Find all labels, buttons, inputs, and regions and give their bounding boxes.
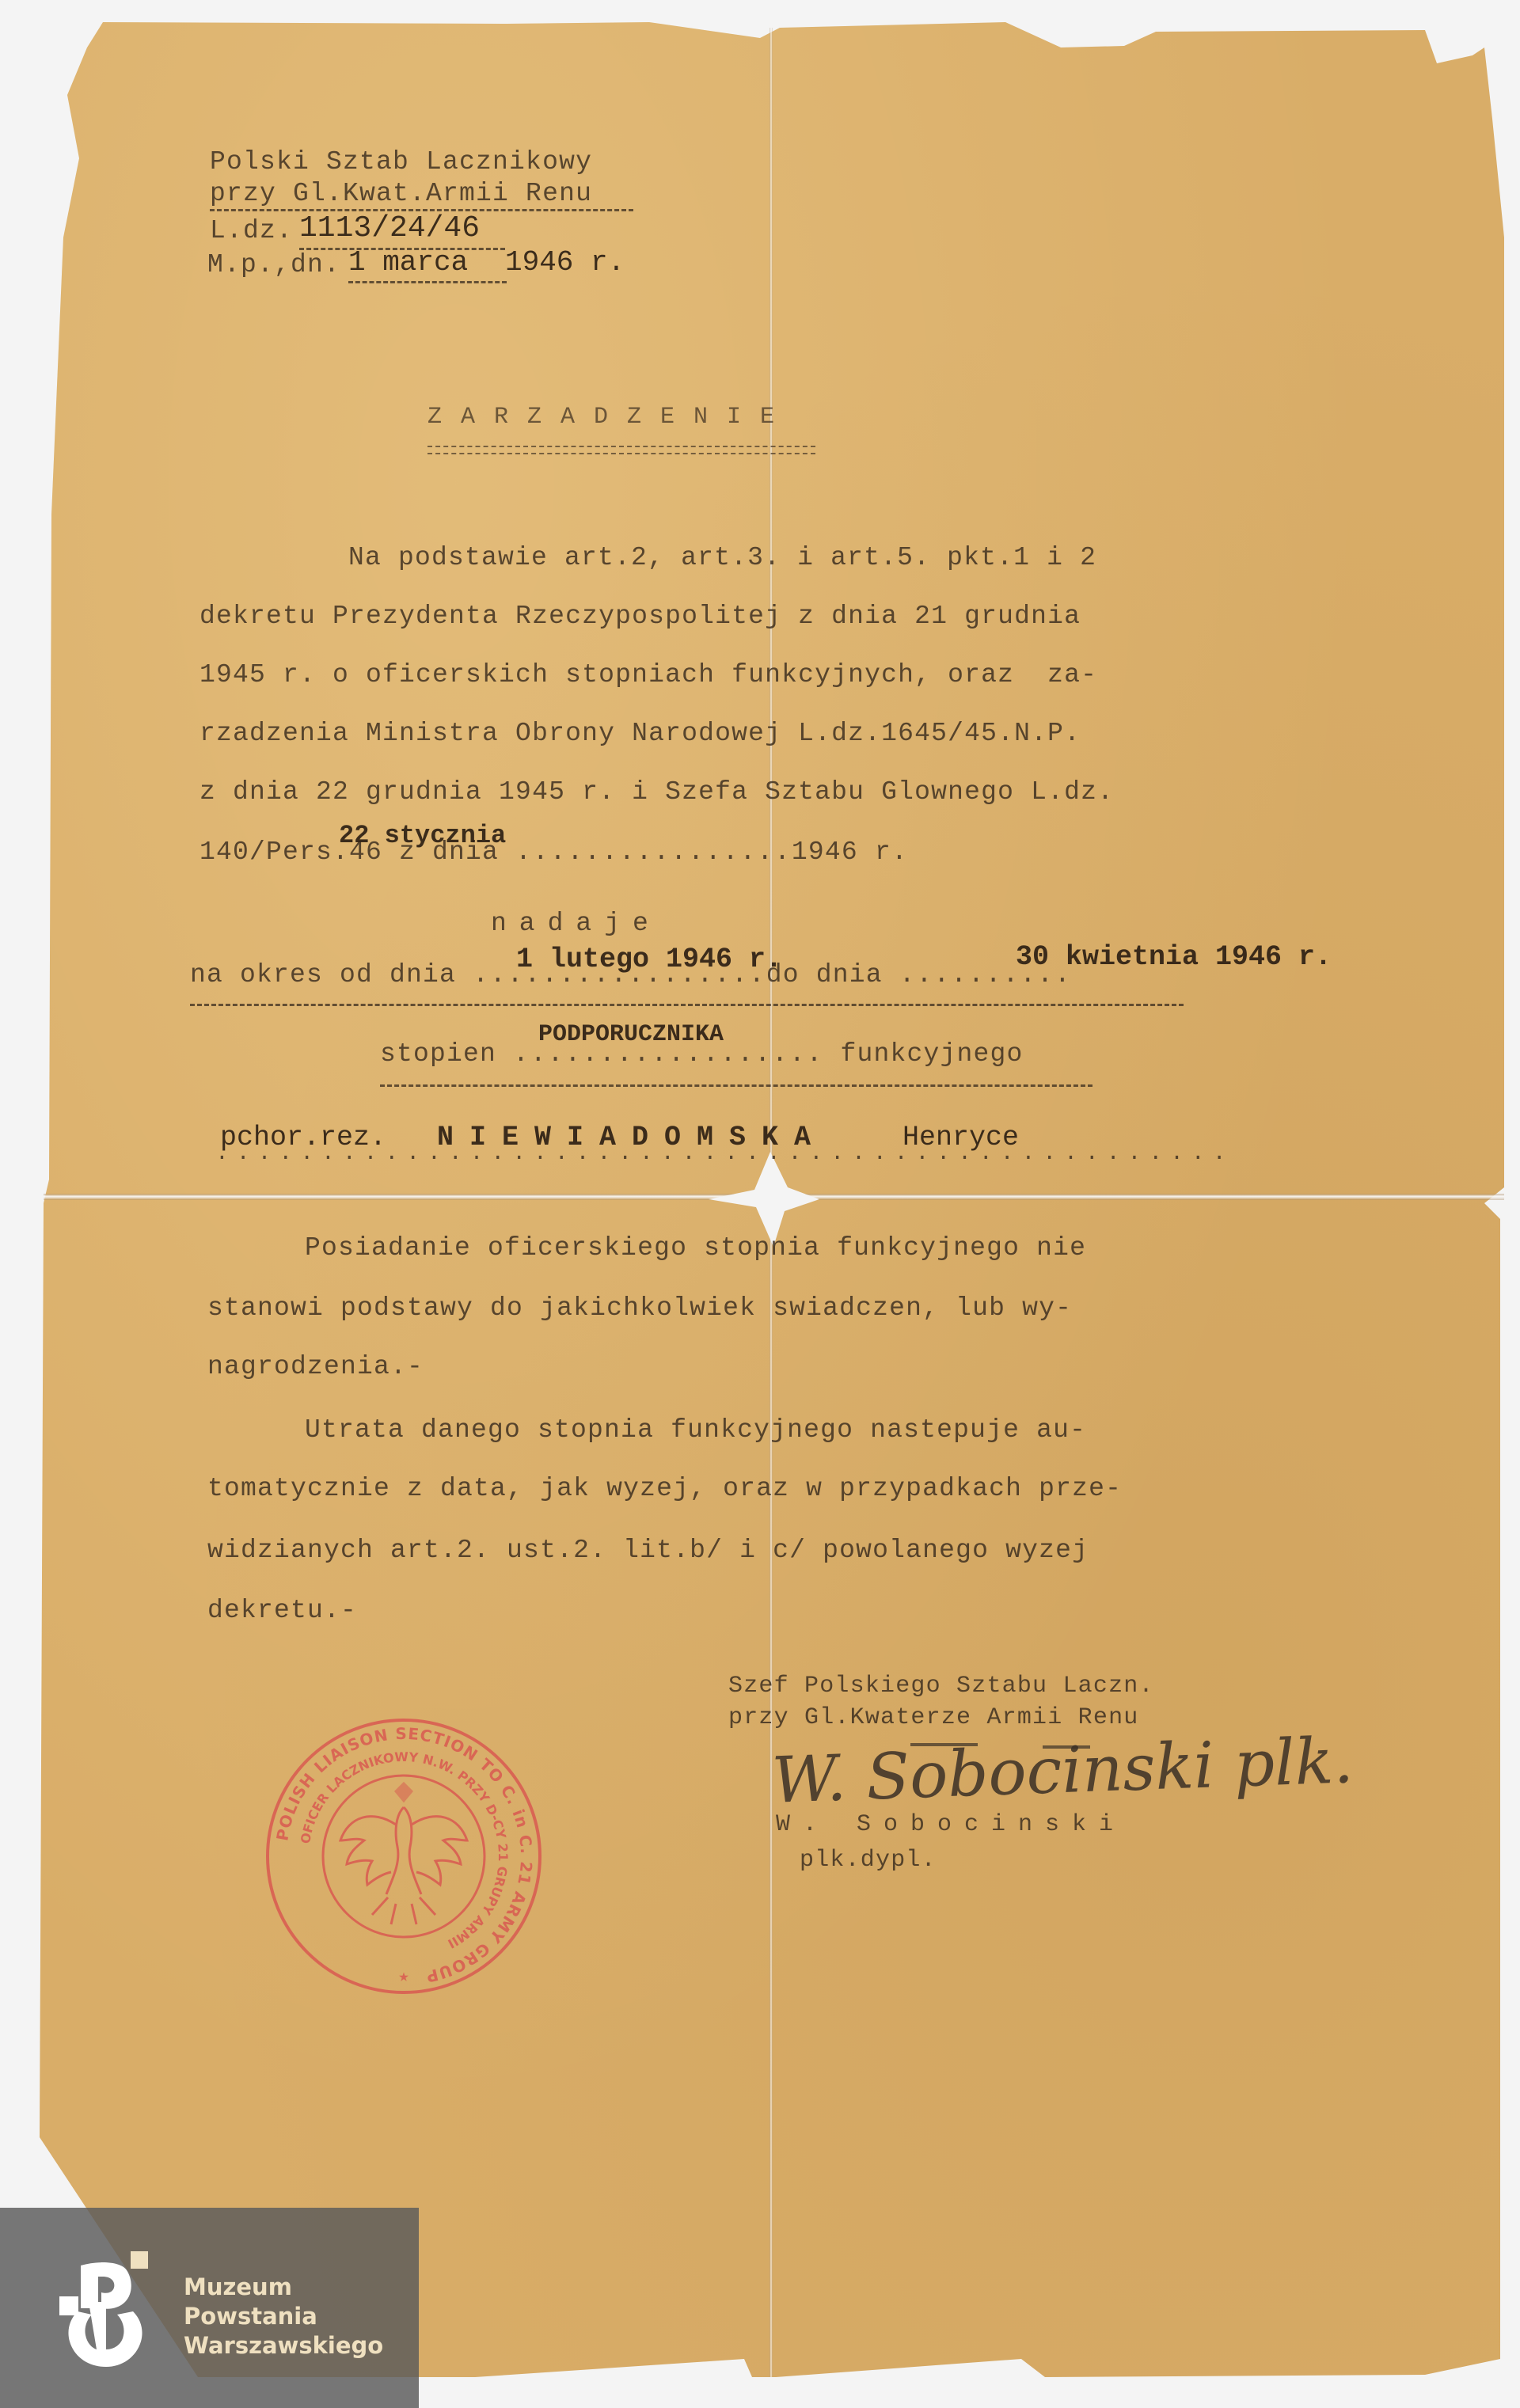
paragraph-1-line-1: Na podstawie art.2, art.3. i art.5. pkt.… [348,545,1096,571]
rank-value: PODPORUCZNIKA [538,1023,724,1046]
signatory-title-2: przy Gl.Kwaterze Armii Renu [728,1706,1138,1730]
period-underline [190,1004,1184,1006]
signatory-rank: plk.dypl. [800,1848,937,1872]
date-day-month: 1 marca [348,249,468,277]
date-underline [348,281,507,283]
place-date-label: M.p.,dn. [207,252,340,278]
signatory-name: W. Sobocinski [776,1813,1126,1836]
date-year: 1946 r. [505,249,625,277]
stamp-star-icon: ★ [398,1967,408,1987]
paragraph-3-line-1: Utrata danego stopnia funkcyjnego nastep… [305,1417,1086,1443]
scanned-document: Polski Sztab Lacznikowy przy Gl.Kwat.Arm… [0,0,1520,2408]
museum-name-line-1: Muzeum [184,2273,383,2302]
paragraph-3-line-3: widzianych art.2. ust.2. lit.b/ i c/ pow… [207,1537,1089,1563]
order-line-suffix: 1946 r. [792,837,908,867]
paragraph-2-line-1: Posiadanie oficerskiego stopnia funkcyjn… [305,1235,1086,1261]
header-line-1: Polski Sztab Lacznikowy [210,149,592,175]
museum-logo-panel: Muzeum Powstania Warszawskiego [0,2208,419,2408]
header-line-2: przy Gl.Kwat.Armii Renu [210,180,592,207]
museum-name-line-2: Powstania [184,2302,383,2331]
grants-word: nadaje [491,910,661,936]
order-line: 140/Pers.46 z dnia ................1946 … [199,839,908,865]
period-from-label: na okres od dnia [190,960,473,989]
eagle-emblem-icon [340,1783,467,1924]
paragraph-1-line-3: 1945 r. o oficerskich stopniach funkcyjn… [199,662,1097,688]
reference-label: L.dz. [210,218,293,244]
paragraph-2-line-3: nagrodzenia.- [207,1354,424,1380]
document-title: ZARZADZENIE [427,405,793,429]
svg-text:OFICER LACZNIKOWY N.W. PRZY D-: OFICER LACZNIKOWY N.W. PRZY D-CY 21 GRUP… [298,1749,511,1951]
period-to-value: 30 kwietnia 1946 r. [1016,944,1332,971]
paragraph-1-line-5: z dnia 22 grudnia 1945 r. i Szefa Sztabu… [199,779,1114,805]
period-to-label: do dnia [766,960,899,989]
rank-underline [380,1084,1092,1087]
paragraph-1-line-2: dekretu Prezydenta Rzeczypospolitej z dn… [199,603,1081,629]
museum-name-line-3: Warszawskiego [184,2331,383,2361]
rank-label-after: funkcyjnego [824,1039,1024,1069]
order-date-filled: 22 stycznia [339,823,506,849]
reference-number: 1113/24/46 [299,214,480,244]
paragraph-1-line-4: rzadzenia Ministra Obrony Narodowej L.dz… [199,720,1081,746]
period-from-value: 1 lutego 1946 r. [516,946,782,974]
order-line-dots: ................ [515,837,792,867]
signatory-title-1: Szef Polskiego Sztabu Laczn. [728,1674,1154,1698]
paragraph-2-line-2: stanowi podstawy do jakichkolwiek swiadc… [207,1295,1072,1321]
rank-label-before: stopien [380,1039,513,1069]
recipient-dots: ........................................… [215,1143,1234,1165]
paragraph-3-line-2: tomatycznie z data, jak wyzej, oraz w pr… [207,1476,1122,1502]
stamp-inner-text: OFICER LACZNIKOWY N.W. PRZY D-CY 21 GRUP… [298,1749,511,1951]
museum-name: Muzeum Powstania Warszawskiego [184,2273,383,2361]
paragraph-3-line-4: dekretu.- [207,1597,357,1624]
title-double-underline [427,446,815,454]
official-stamp: POLISH LIAISON SECTION TO C. in C. 21 AR… [261,1714,546,1999]
anchor-kotwica-icon [55,2251,158,2370]
